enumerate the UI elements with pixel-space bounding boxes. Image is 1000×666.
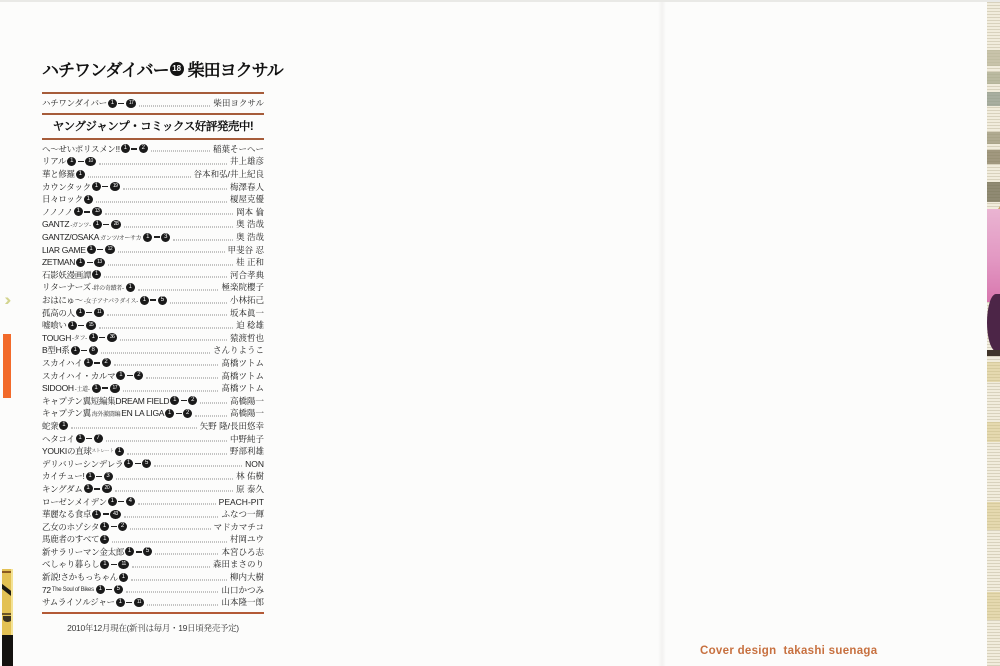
dot-leader: [105, 214, 233, 215]
volume-badges: 13: [86, 472, 113, 481]
volume-badge: 13: [94, 258, 105, 267]
volume-badge: 2: [139, 144, 148, 153]
volume-badge: 1: [170, 396, 179, 405]
list-item: スカイハイ12髙橋ツトム: [42, 357, 264, 370]
page-title-series: ハチワンダイバー: [42, 56, 169, 81]
volume-badges: 117: [92, 384, 121, 393]
fore-edge-band: [987, 362, 1000, 382]
volume-badge: 1: [108, 497, 117, 506]
item-author: 奥 浩哉: [236, 231, 264, 243]
list-item: SIDOOH-士道-117髙橋ツトム: [42, 382, 264, 395]
item-author: 高橋陽一: [230, 395, 264, 407]
item-author: 髙橋ツトム: [221, 382, 264, 394]
list-item: 華と修羅1谷本和弘/井上紀良: [42, 168, 264, 181]
volume-badge: 1: [143, 233, 152, 242]
list-item: 馬鹿者のすべて1村岡ユウ: [42, 533, 264, 546]
volume-badge: 1: [140, 296, 149, 305]
list-item: キャプテン翼海外激闘編EN LA LIGA12高橋陽一: [42, 407, 264, 420]
item-title: 72: [42, 585, 51, 595]
volume-range-dash: [86, 438, 92, 439]
dot-leader: [147, 604, 218, 605]
item-author: 髙橋ツトム: [221, 357, 264, 369]
dot-leader: [200, 403, 227, 404]
item-subtitle: -士道-: [75, 384, 90, 393]
item-title: ヘタコイ: [42, 433, 75, 445]
volume-badges: 111: [116, 598, 145, 607]
item-author: 猿渡哲也: [230, 332, 264, 344]
item-title: ノノノノ: [42, 206, 73, 218]
item-title: リターナーズ: [42, 281, 91, 293]
list-item: GANTZ-ガンツ-128奥 浩哉: [42, 218, 264, 231]
item-author: 坂本眞一: [230, 307, 264, 319]
dot-leader: [131, 579, 227, 580]
volume-badge: 11: [94, 308, 105, 317]
volume-badge: 5: [143, 547, 152, 556]
list-item: へ〜せいポリスメン!!12稲葉そーへー: [42, 143, 264, 156]
fore-edge-band: [987, 502, 1000, 530]
volume-badge: 20: [102, 484, 113, 493]
dot-leader: [115, 491, 233, 492]
item-title: GANTZ: [42, 219, 69, 229]
item-author: 岡本 倫: [236, 206, 264, 218]
volume-range-dash: [135, 463, 141, 464]
dot-leader: [118, 252, 225, 253]
item-title: サムライソルジャー: [42, 596, 115, 608]
item-title: カウンタック: [42, 181, 91, 193]
dot-leader: [112, 541, 227, 542]
list-item: TOUGH-タフ-136猿渡哲也: [42, 332, 264, 345]
volume-badge: 1: [67, 157, 76, 166]
item-title: 華と修羅: [42, 168, 75, 180]
item-title: 孤高の人: [42, 307, 75, 319]
dot-leader: [124, 226, 233, 227]
item-ruby: ストレート: [92, 448, 115, 454]
fore-edge-band: [987, 72, 1000, 84]
item-author: 中野純子: [230, 433, 264, 445]
dot-leader: [126, 592, 219, 593]
volume-range-dash: [118, 501, 124, 502]
volume-badges: 15: [125, 547, 152, 556]
volume-badge: 12: [105, 245, 116, 254]
dot-leader: [114, 365, 219, 366]
volume-range-dash: [118, 103, 124, 104]
dot-leader: [116, 478, 234, 479]
volume-badges: 113: [76, 258, 105, 267]
volume-badge: 1: [84, 358, 93, 367]
item-title: TOUGH: [42, 333, 71, 343]
item-title: ZETMAN: [42, 257, 75, 267]
list-item: キングダム120原 泰久: [42, 483, 264, 496]
volume-badges: 15: [96, 585, 123, 594]
volume-badge: 1: [100, 535, 109, 544]
volume-badge: 1: [115, 447, 124, 456]
volume-badge: 1: [116, 371, 125, 380]
volume-badges: 119: [92, 182, 121, 191]
volume-badges: 111: [76, 308, 105, 317]
list-item: 乙女のホゾシタ12マドカマチコ: [42, 520, 264, 533]
volume-badge: 8: [89, 346, 98, 355]
item-subtitle: -ガンツ-: [70, 220, 91, 229]
item-title: 華麗なる食卓: [42, 508, 91, 520]
dot-leader: [106, 441, 227, 442]
item-author: 柴田ヨクサル: [213, 97, 264, 109]
list-item: 孤高の人111坂本眞一: [42, 306, 264, 319]
volume-badge: 4: [126, 497, 135, 506]
volume-badge: 1: [71, 346, 80, 355]
list-item: キャプテン翼短編集DREAM FIELD12高橋陽一: [42, 394, 264, 407]
item-title: デリバリーシンデレラ: [42, 458, 123, 470]
volume-badge: 1: [119, 573, 128, 582]
item-title: カイチュー!: [42, 470, 85, 482]
item-title: キングダム: [42, 483, 83, 495]
volume-badge: 1: [96, 585, 105, 594]
item-title: 馬鹿者のすべて: [42, 533, 99, 545]
dot-leader: [99, 163, 227, 164]
fore-edge-dark-band: [987, 350, 1000, 356]
volume-badge: 1: [76, 308, 85, 317]
dot-leader: [104, 277, 227, 278]
page-title-author: 柴田ヨクサル: [188, 56, 283, 81]
volume-badge: 1: [68, 321, 77, 330]
list-item: YOUKIの直球ストレート1野部利雄: [42, 445, 264, 458]
volume-badge: 2: [183, 409, 192, 418]
item-title: 新サラリーマン金太郎: [42, 546, 124, 558]
item-author: ふなつ一輝: [221, 508, 264, 520]
volume-badge: 36: [107, 333, 118, 342]
volume-range-dash: [102, 387, 108, 388]
volume-badges: 17: [76, 434, 103, 443]
bottom-rule: [42, 612, 264, 614]
cover-peek-black: [2, 635, 13, 666]
list-item: ローゼンメイデン14PEACH-PIT: [42, 495, 264, 508]
item-title: キャプテン翼短編集DREAM FIELD: [42, 395, 169, 407]
volume-badge: 1: [93, 220, 102, 229]
fore-edge-band: [987, 150, 1000, 164]
item-subtitle: -女子アナパラダイス-: [84, 296, 138, 305]
list-item: リアル110井上雄彦: [42, 155, 264, 168]
volume-range-dash: [154, 236, 160, 237]
item-author: 村岡ユウ: [230, 533, 264, 545]
item-author: 稲葉そーへー: [213, 143, 264, 155]
dot-leader: [99, 327, 233, 328]
list-item: カウンタック119梅澤春人: [42, 180, 264, 193]
dot-leader: [139, 105, 210, 106]
item-author: 甲斐谷 忍: [228, 244, 264, 256]
volume-range-dash: [106, 589, 112, 590]
item-author: 迫 稔雄: [236, 319, 264, 331]
dot-leader: [151, 151, 210, 152]
item-title: べしゃり暮らし: [42, 558, 99, 570]
volume-badges: 12: [170, 396, 197, 405]
dot-leader: [120, 340, 227, 341]
volume-range-dash: [111, 564, 117, 565]
item-title: 乙女のホゾシタ: [42, 521, 99, 533]
volume-range-dash: [103, 513, 109, 514]
series-row-content: ハチワンダイバー117柴田ヨクサル: [42, 97, 264, 110]
list-item: 新サラリーマン金太郎15本宮ひろ志: [42, 546, 264, 559]
list-item: 石影妖漫画譚1河合孝典: [42, 269, 264, 282]
volume-badge: 15: [86, 321, 97, 330]
item-author: 林 佑樹: [236, 470, 264, 482]
dot-leader: [146, 378, 218, 379]
volume-badge: 1: [59, 421, 68, 430]
list-item: 日々ロック1榎屋克優: [42, 193, 264, 206]
cover-peek-detail: [11, 569, 13, 635]
item-author: 河合孝典: [230, 269, 264, 281]
dot-leader: [138, 504, 216, 505]
volume-badge: 28: [111, 220, 122, 229]
item-title: SIDOOH: [42, 383, 74, 393]
dot-leader: [123, 390, 218, 391]
volume-badge: 2: [102, 358, 111, 367]
fore-edge-band: [987, 50, 1000, 66]
item-subtitle: 海外激闘編: [92, 409, 121, 418]
volume-badge: 13: [92, 207, 103, 216]
volume-range-dash: [86, 312, 92, 313]
list-item: べしゃり暮らし111森田まさのり: [42, 558, 264, 571]
list-item: ヘタコイ17中野純子: [42, 432, 264, 445]
volume-badge: 1: [116, 598, 125, 607]
dot-leader: [130, 529, 211, 530]
item-title: GANTZ/OSAKA: [42, 232, 99, 242]
volume-badge: 1: [74, 207, 83, 216]
volume-range-dash: [111, 526, 117, 527]
volume-badges: 1: [126, 283, 135, 292]
volume-range-dash: [127, 375, 133, 376]
volume-range-dash: [176, 413, 182, 414]
volume-badge: 1: [165, 409, 174, 418]
volume-range-dash: [81, 350, 87, 351]
list-item: 新説!さかもっちゃん1柳内大樹: [42, 571, 264, 584]
left-edge-orange-bar: [3, 334, 11, 398]
list-item: 華麗なる食卓143ふなつ一輝: [42, 508, 264, 521]
fore-edge-pink-art: [987, 209, 1000, 302]
volume-badges: 117: [108, 99, 137, 108]
fore-edge-purple-art: [987, 294, 1000, 351]
volume-badges: 1: [100, 535, 109, 544]
item-author: マドカマチコ: [214, 521, 264, 533]
volume-badge: 1: [76, 434, 85, 443]
item-author: さんりようこ: [213, 344, 264, 356]
item-author: 谷本和弘/井上紀良: [194, 168, 264, 180]
volume-range-dash: [94, 488, 100, 489]
item-title: 嘘喰い: [42, 319, 67, 331]
item-author: PEACH-PIT: [219, 497, 264, 507]
item-author: 柳内大樹: [230, 571, 264, 583]
list-item: 72The Soul of Bikes15山口かつみ: [42, 583, 264, 596]
volume-badges: 14: [108, 497, 135, 506]
item-author: 本宮ひろ志: [221, 546, 264, 558]
volume-range-dash: [87, 262, 93, 263]
dot-leader: [132, 566, 210, 567]
dot-leader: [108, 264, 233, 265]
list-item: ZETMAN113桂 正和: [42, 256, 264, 269]
item-author: NON: [245, 459, 264, 469]
volume-badge: 3: [161, 233, 170, 242]
volume-range-dash: [136, 551, 142, 552]
volume-badges: 1: [59, 421, 68, 430]
volume-badge: 17: [110, 384, 121, 393]
dot-leader: [127, 453, 227, 454]
item-author: 森田まさのり: [213, 558, 264, 570]
dot-leader: [195, 415, 227, 416]
list-item: カイチュー!13林 佑樹: [42, 470, 264, 483]
list-item: LIAR GAME112甲斐谷 忍: [42, 243, 264, 256]
list-item: おはにゅ〜-女子アナパラダイス-15小林拓己: [42, 294, 264, 307]
item-author: 小林拓己: [230, 294, 264, 306]
item-title: キャプテン翼: [42, 407, 91, 419]
volume-badge: 1: [84, 195, 93, 204]
item-title: YOUKIの直球: [42, 445, 92, 457]
item-subtitle: -絆の奇蹟者-: [92, 283, 124, 292]
volume-badges: 13: [143, 233, 170, 242]
item-author: 高橋陽一: [230, 407, 264, 419]
item-author: 原 泰久: [236, 483, 264, 495]
dot-leader: [154, 466, 242, 467]
volume-badges: 12: [100, 522, 127, 531]
volume-badges: 111: [100, 560, 129, 569]
item-title-2: EN LA LIGA: [121, 408, 164, 418]
left-page: ハチワンダイバー 18 柴田ヨクサル ハチワンダイバー117柴田ヨクサル ヤング…: [42, 56, 264, 634]
volume-range-dash: [99, 337, 105, 338]
cover-peek-yellow: [2, 569, 13, 635]
dot-leader: [138, 289, 219, 290]
volume-badge: 1: [86, 472, 95, 481]
scanned-book-spread: ハチワンダイバー 18 柴田ヨクサル ハチワンダイバー117柴田ヨクサル ヤング…: [0, 0, 1000, 666]
dot-leader: [173, 239, 233, 240]
item-title: スカイハイ: [42, 357, 83, 369]
page-title: ハチワンダイバー 18 柴田ヨクサル: [42, 56, 264, 81]
item-subtitle: The Soul of Bikes: [52, 587, 94, 593]
volume-badge: 2: [118, 522, 127, 531]
list-item: ハチワンダイバー117柴田ヨクサル: [42, 97, 264, 110]
volume-badges: 18: [71, 346, 98, 355]
list-item: GANTZ/OSAKAガンツ/オーサカ13奥 浩哉: [42, 231, 264, 244]
volume-badges: 136: [89, 333, 118, 342]
list-item: サムライソルジャー111山本隆一郎: [42, 596, 264, 609]
volume-badge: 1: [76, 170, 85, 179]
volume-badges: 15: [124, 459, 151, 468]
volume-badges: 143: [92, 510, 121, 519]
item-title: リアル: [42, 155, 66, 167]
list-item: デリバリーシンデレラ15NON: [42, 457, 264, 470]
volume-badge: 10: [85, 157, 96, 166]
volume-badge: 5: [114, 585, 123, 594]
item-author: 髙橋ツトム: [221, 370, 264, 382]
volume-range-dash: [97, 249, 103, 250]
dot-leader: [101, 352, 210, 353]
item-author: 桂 正和: [236, 256, 264, 268]
volume-badge: 43: [110, 510, 121, 519]
item-title: スカイハイ・カルマ: [42, 370, 115, 382]
volume-badge: 1: [87, 245, 96, 254]
volume-range-dash: [131, 148, 137, 149]
volume-badges: 115: [68, 321, 97, 330]
volume-range-dash: [78, 325, 84, 326]
volume-range-dash: [102, 186, 108, 187]
chevron-right-icon: ›: [4, 290, 11, 310]
item-title: ハチワンダイバー: [42, 97, 107, 109]
volume-badges: 1: [84, 195, 93, 204]
catalog-footer: 2010年12月現在(新刊は毎月・19日頃発売予定): [42, 622, 264, 634]
item-subtitle: -タフ-: [72, 333, 87, 342]
list-item: 嘘喰い115迫 稔雄: [42, 319, 264, 332]
page-gutter-shadow: [658, 2, 666, 666]
dot-leader: [96, 201, 227, 202]
volume-badges: 15: [140, 296, 167, 305]
volume-badge: 1: [126, 283, 135, 292]
new-release-banner: ヤングジャンプ・コミックス好評発売中!: [42, 113, 264, 140]
volume-badge: 1: [92, 182, 101, 191]
volume-badges: 12: [116, 371, 143, 380]
volume-range-dash: [103, 224, 109, 225]
volume-range-dash: [150, 299, 156, 300]
volume-badge: 1: [125, 547, 134, 556]
volume-badges: 12: [84, 358, 111, 367]
volume-badge: 1: [76, 258, 85, 267]
dot-leader: [124, 516, 219, 517]
title-volume-badge: 18: [170, 62, 184, 76]
list-item: スカイハイ・カルマ12髙橋ツトム: [42, 369, 264, 382]
series-row: ハチワンダイバー117柴田ヨクサル: [42, 92, 264, 113]
item-author: 野部利雄: [230, 445, 264, 457]
volume-badge: 19: [110, 182, 121, 191]
fore-edge-band: [987, 92, 1000, 106]
dot-leader: [170, 302, 227, 303]
list-item: 蛇衆1矢野 隆/長田悠幸: [42, 420, 264, 433]
fore-edge-band: [987, 182, 1000, 202]
item-author: 山本隆一郎: [221, 596, 264, 608]
volume-range-dash: [126, 602, 132, 603]
cover-design-credit: Cover design takashi suenaga: [700, 645, 877, 657]
volume-badge: 17: [126, 99, 137, 108]
item-author: 井上雄彦: [230, 155, 264, 167]
volume-badge: 1: [92, 384, 101, 393]
item-subtitle: ガンツ/オーサカ: [100, 233, 141, 242]
dot-leader: [88, 176, 191, 177]
volume-range-dash: [78, 161, 84, 162]
volume-badge: 1: [124, 459, 133, 468]
volume-badge: 1: [100, 522, 109, 531]
catalog-list: へ〜せいポリスメン!!12稲葉そーへーリアル110井上雄彦華と修羅1谷本和弘/井…: [42, 140, 264, 609]
volume-badge: 1: [100, 560, 109, 569]
fore-edge-strip: [987, 2, 1000, 666]
item-title: 日々ロック: [42, 193, 83, 205]
volume-badges: 1: [119, 573, 128, 582]
item-title: 新説!さかもっちゃん: [42, 571, 118, 583]
item-title: ローゼンメイデン: [42, 496, 107, 508]
list-item: ノノノノ113岡本 倫: [42, 206, 264, 219]
volume-badges: 1: [76, 170, 85, 179]
volume-badge: 2: [134, 371, 143, 380]
item-title: LIAR GAME: [42, 245, 86, 255]
dot-leader: [71, 428, 196, 429]
item-title: 蛇衆: [42, 420, 58, 432]
item-title: へ〜せいポリスメン!!: [42, 143, 120, 155]
volume-badges: 1: [92, 270, 101, 279]
volume-badge: 1: [92, 510, 101, 519]
volume-badges: 1: [115, 447, 124, 456]
list-item: B型H系18さんりようこ: [42, 344, 264, 357]
item-author: 梅澤春人: [230, 181, 264, 193]
volume-badge: 5: [142, 459, 151, 468]
volume-badges: 120: [84, 484, 113, 493]
volume-badge: 1: [108, 99, 117, 108]
volume-badge: 2: [188, 396, 197, 405]
volume-badges: 112: [87, 245, 116, 254]
item-author: 奥 浩哉: [236, 218, 264, 230]
item-author: 山口かつみ: [221, 584, 264, 596]
